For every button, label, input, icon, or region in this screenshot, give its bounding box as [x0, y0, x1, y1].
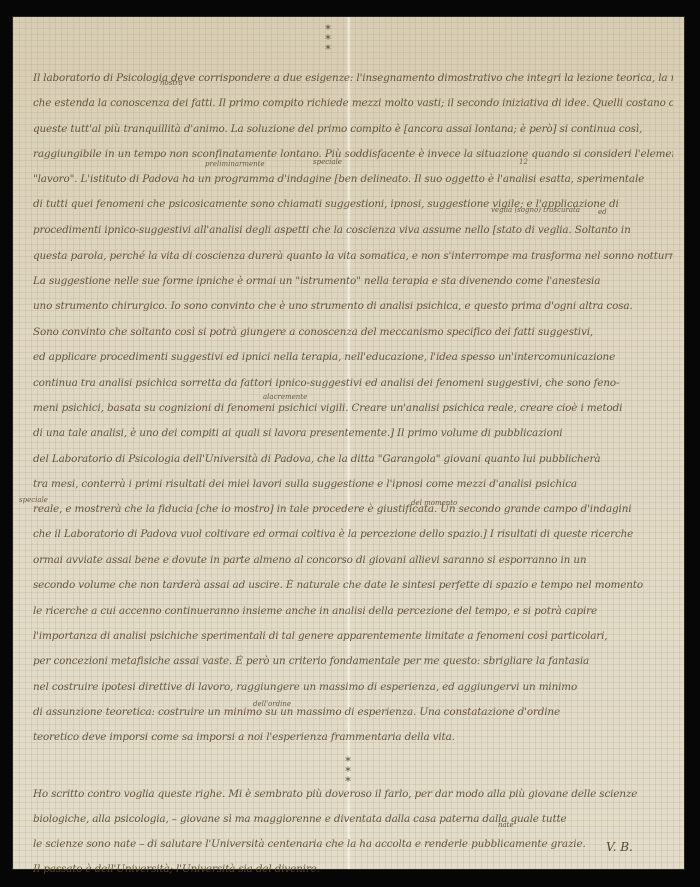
manuscript-paper: * * * nostra preliminarmente speciale 12… — [13, 17, 684, 869]
manuscript-line: l'importanza di analisi psichiche sperim… — [33, 630, 673, 642]
interlinear-note: alacremente — [263, 393, 307, 401]
manuscript-line: tra mesi, conterrà i primi risultati dei… — [33, 478, 673, 490]
section-break-asterism: * * * — [333, 757, 373, 787]
manuscript-line: Ho scritto contro voglia queste righe. M… — [33, 788, 673, 800]
manuscript-line: ed applicare procedimenti suggestivi ed … — [33, 351, 673, 363]
manuscript-line: le ricerche a cui accenno continueranno … — [33, 605, 673, 617]
manuscript-line: meni psichici, basata su cognizioni di f… — [33, 402, 673, 414]
scanned-page: * * * nostra preliminarmente speciale 12… — [0, 0, 700, 887]
manuscript-line: secondo volume che non tarderà assai ad … — [33, 579, 673, 591]
manuscript-line: "lavoro". L'istituto di Padova ha un pro… — [33, 173, 673, 185]
manuscript-line: le scienze sono nate – di salutare l'Uni… — [33, 838, 673, 850]
manuscript-line: Il laboratorio di Psicologia deve corris… — [33, 72, 673, 84]
header-asterism: * * * — [313, 25, 353, 55]
manuscript-line: biologiche, alla psicologia, – giovane s… — [33, 813, 673, 825]
manuscript-line: ormai avviate assai bene e dovute in par… — [33, 554, 673, 566]
manuscript-line: procedimenti ipnico-suggestivi all'anali… — [33, 224, 673, 236]
manuscript-line: di tutti quei fenomeni che psicosicament… — [33, 198, 673, 210]
manuscript-line: queste tutt'al più tranquillità d'animo.… — [33, 123, 673, 135]
manuscript-line: teoretico deve imporsi come sa imporsi a… — [33, 731, 673, 743]
manuscript-line: di una tale analisi, è uno dei compiti a… — [33, 427, 673, 439]
manuscript-line: raggiungibile in un tempo non sconfinata… — [33, 148, 673, 160]
manuscript-line: reale, e mostrerà che la fiducia [che io… — [33, 503, 673, 515]
manuscript-line: nel costruire ipotesi direttive di lavor… — [33, 681, 673, 693]
interlinear-note: preliminarmente — [205, 160, 265, 168]
signature: V. B. — [606, 840, 633, 854]
manuscript-line: per concezioni metafisiche assai vaste. … — [33, 655, 673, 667]
manuscript-line: uno strumento chirurgico. Io sono convin… — [33, 300, 673, 312]
manuscript-line: continua tra analisi psichica sorretta d… — [33, 377, 673, 389]
manuscript-line: Il passato è dell'Università; l'Universi… — [33, 863, 673, 875]
manuscript-line: che estenda la conoscenza dei fatti. Il … — [33, 97, 673, 109]
manuscript-line: che il Laboratorio di Padova vuol coltiv… — [33, 528, 673, 540]
manuscript-line: questa parola, perché la vita di coscien… — [33, 250, 673, 262]
manuscript-line: del Laboratorio di Psicologia dell'Unive… — [33, 453, 673, 465]
manuscript-line: La suggestione nelle sue forme ipniche è… — [33, 275, 673, 287]
manuscript-line: di assunzione teoretica: costruire un mi… — [33, 706, 673, 718]
manuscript-line: Sono convinto che soltanto così si potrà… — [33, 326, 673, 338]
